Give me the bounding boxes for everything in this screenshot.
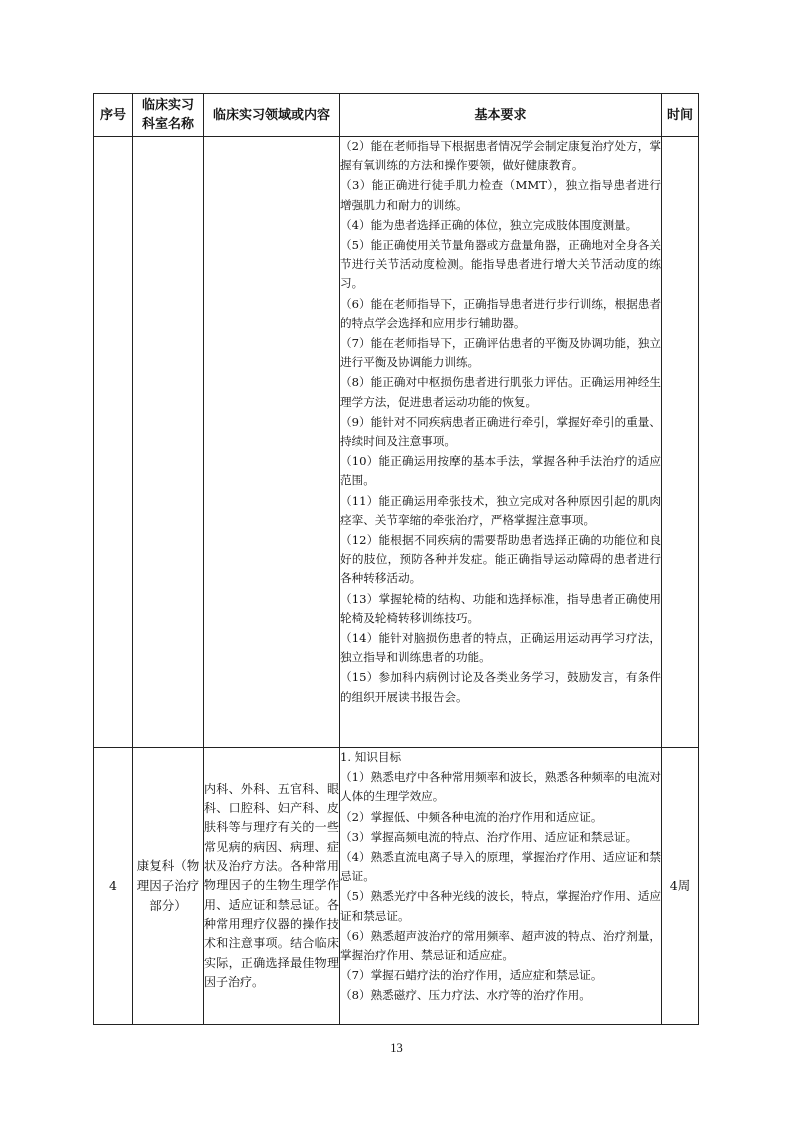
- requirement-item: （5）熟悉光疗中各种光线的波长，特点，掌握治疗作用、适应证和禁忌证。: [340, 887, 661, 926]
- row-dept-cell: 康复科（物理因子治疗部分）: [133, 748, 204, 1025]
- row-num-cell: 4: [94, 748, 133, 1025]
- header-dept-line-1: 临床实习: [133, 96, 203, 115]
- header-time: 时间: [662, 94, 699, 137]
- requirement-item: （4）能为患者选择正确的体位，独立完成肢体围度测量。: [340, 216, 661, 236]
- requirement-item: （10）能正确运用按摩的基本手法，掌握各种手法治疗的适应范围。: [340, 452, 661, 491]
- requirement-item: （6）熟悉超声波治疗的常用频率、超声波的特点、治疗剂量，掌握治疗作用、禁忌证和适…: [340, 927, 661, 966]
- requirement-item: （2）能在老师指导下根据患者情况学会制定康复治疗处方，掌握有氧训练的方法和操作要…: [340, 137, 661, 176]
- requirement-item: （12）能根据不同疾病的需要帮助患者选择正确的功能位和良好的肢位，预防各种并发症…: [340, 531, 661, 590]
- row-time-cell: [662, 137, 699, 748]
- table-row: （2）能在老师指导下根据患者情况学会制定康复治疗处方，掌握有氧训练的方法和操作要…: [94, 137, 699, 748]
- row-num-cell: [94, 137, 133, 748]
- requirement-item: （15）参加科内病例讨论及各类业务学习，鼓励发言，有条件的组织开展读书报告会。: [340, 668, 661, 707]
- row-area-cell: 内科、外科、五官科、眼科、口腔科、妇产科、皮肤科等与理疗有关的一些常见病的病因、…: [204, 748, 340, 1025]
- requirement-item: （3）掌握高频电流的特点、治疗作用、适应证和禁忌证。: [340, 828, 661, 848]
- table-header-row: 序号 临床实习 科室名称 临床实习领域或内容 基本要求 时间: [94, 94, 699, 137]
- requirement-item: （8）熟悉磁疗、压力疗法、水疗等的治疗作用。: [340, 986, 661, 1006]
- row-dept-cell: [133, 137, 204, 748]
- header-requirements: 基本要求: [340, 94, 662, 137]
- requirement-item: （4）熟悉直流电离子导入的原理，掌握治疗作用、适应证和禁忌证。: [340, 848, 661, 887]
- requirement-item: （7）能在老师指导下，正确评估患者的平衡及协调功能，独立进行平衡及协调能力训练。: [340, 334, 661, 373]
- row-time-cell: 4周: [662, 748, 699, 1025]
- requirement-item: （9）能针对不同疾病患者正确进行牵引，掌握好牵引的重量、持续时间及注意事项。: [340, 413, 661, 452]
- requirement-item: （5）能正确使用关节量角器或方盘量角器，正确地对全身各关节进行关节活动度检测。能…: [340, 236, 661, 295]
- requirement-item: （7）掌握石蜡疗法的治疗作用，适应症和禁忌证。: [340, 966, 661, 986]
- requirement-item: （8）能正确对中枢损伤患者进行肌张力评估。正确运用神经生理学方法，促进患者运动功…: [340, 373, 661, 412]
- requirement-item: （2）掌握低、中频各种电流的治疗作用和适应证。: [340, 808, 661, 828]
- requirement-item: （11）能正确运用牵张技术，独立完成对各种原因引起的肌肉痉挛、关节挛缩的牵张治疗…: [340, 492, 661, 531]
- row-requirements-cell: （2）能在老师指导下根据患者情况学会制定康复治疗处方，掌握有氧训练的方法和操作要…: [340, 137, 662, 748]
- row-requirements-cell: 1. 知识目标 （1）熟悉电疗中各种常用频率和波长，熟悉各种频率的电流对人体的生…: [340, 748, 662, 1025]
- curriculum-table: 序号 临床实习 科室名称 临床实习领域或内容 基本要求 时间 （2）能在老师指导…: [93, 93, 699, 1025]
- header-dept: 临床实习 科室名称: [133, 94, 204, 137]
- requirements-heading: 1. 知识目标: [340, 748, 661, 768]
- table-row: 4 康复科（物理因子治疗部分） 内科、外科、五官科、眼科、口腔科、妇产科、皮肤科…: [94, 748, 699, 1025]
- requirement-item: （13）掌握轮椅的结构、功能和选择标准，指导患者正确使用轮椅及轮椅转移训练技巧。: [340, 590, 661, 629]
- header-area: 临床实习领域或内容: [204, 94, 340, 137]
- requirement-item: （3）能正确进行徒手肌力检查（MMT），独立指导患者进行增强肌力和耐力的训练。: [340, 176, 661, 215]
- requirement-item: （1）熟悉电疗中各种常用频率和波长，熟悉各种频率的电流对人体的生理学效应。: [340, 768, 661, 807]
- header-dept-line-2: 科室名称: [133, 115, 203, 134]
- row-area-cell: [204, 137, 340, 748]
- requirement-item: （6）能在老师指导下，正确指导患者进行步行训练，根据患者的特点学会选择和应用步行…: [340, 295, 661, 334]
- requirement-item: （14）能针对脑损伤患者的特点，正确运用运动再学习疗法，独立指导和训练患者的功能…: [340, 629, 661, 668]
- header-num: 序号: [94, 94, 133, 137]
- page-number: 13: [0, 1041, 793, 1056]
